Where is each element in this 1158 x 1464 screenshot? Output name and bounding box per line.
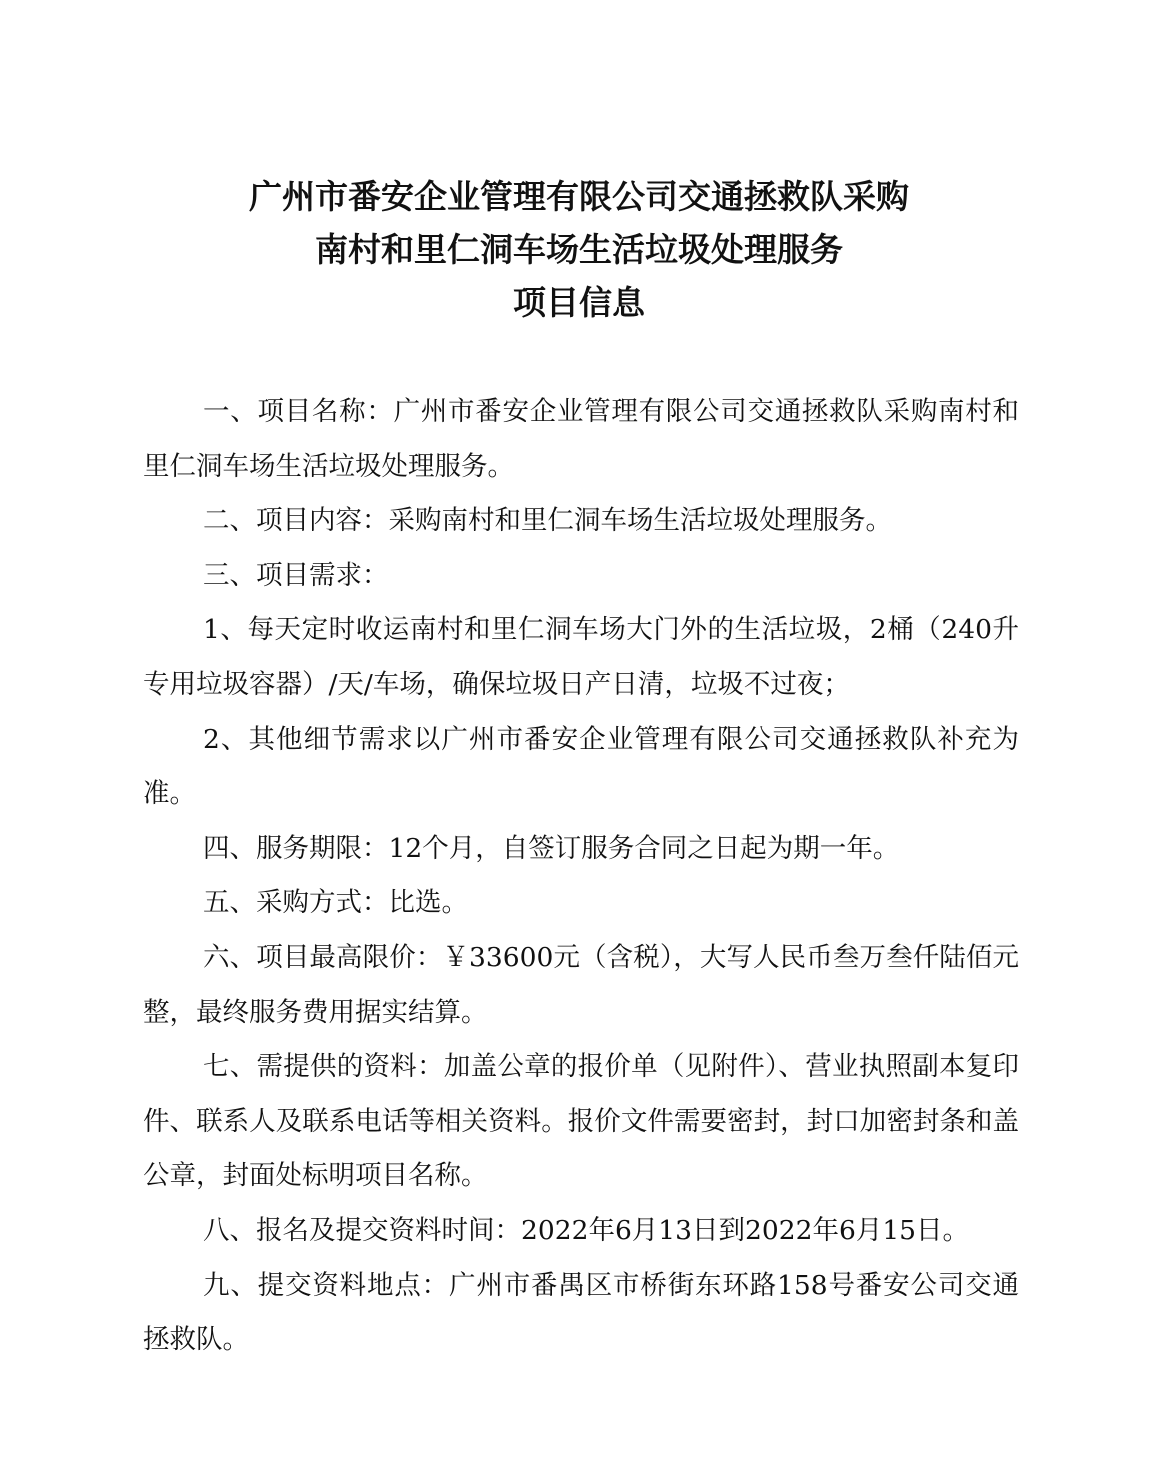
section-submission-time: 八、报名及提交资料时间：2022年6月13日到2022年6月15日。 xyxy=(143,1204,1019,1259)
title-line-2: 南村和里仁洞车场生活垃圾处理服务 xyxy=(0,223,1158,276)
requirement-item-1: 1、每天定时收运南村和里仁洞车场大门外的生活垃圾，2桶（240升专用垃圾容器）/… xyxy=(143,603,1019,712)
title-line-1: 广州市番安企业管理有限公司交通拯救队采购 xyxy=(0,170,1158,223)
section-project-content: 二、项目内容：采购南村和里仁洞车场生活垃圾处理服务。 xyxy=(143,494,1019,549)
document-page: 广州市番安企业管理有限公司交通拯救队采购 南村和里仁洞车场生活垃圾处理服务 项目… xyxy=(0,0,1158,1464)
requirement-item-2: 2、其他细节需求以广州市番安企业管理有限公司交通拯救队补充为准。 xyxy=(143,713,1019,822)
section-submission-location: 九、提交资料地点：广州市番禺区市桥街东环路158号番安公司交通拯救队。 xyxy=(143,1259,1019,1368)
section-project-requirements: 三、项目需求： xyxy=(143,549,1019,604)
section-procurement-method: 五、采购方式：比选。 xyxy=(143,876,1019,931)
section-service-period: 四、服务期限：12个月，自签订服务合同之日起为期一年。 xyxy=(143,822,1019,877)
section-max-price: 六、项目最高限价：￥33600元（含税），大写人民币叁万叁仟陆佰元整，最终服务费… xyxy=(143,931,1019,1040)
title-line-3: 项目信息 xyxy=(0,276,1158,329)
section-required-materials: 七、需提供的资料：加盖公章的报价单（见附件）、营业执照副本复印件、联系人及联系电… xyxy=(143,1040,1019,1204)
section-project-name: 一、项目名称：广州市番安企业管理有限公司交通拯救队采购南村和里仁洞车场生活垃圾处… xyxy=(143,385,1019,494)
document-body: 一、项目名称：广州市番安企业管理有限公司交通拯救队采购南村和里仁洞车场生活垃圾处… xyxy=(143,385,1019,1368)
document-title: 广州市番安企业管理有限公司交通拯救队采购 南村和里仁洞车场生活垃圾处理服务 项目… xyxy=(0,170,1158,329)
